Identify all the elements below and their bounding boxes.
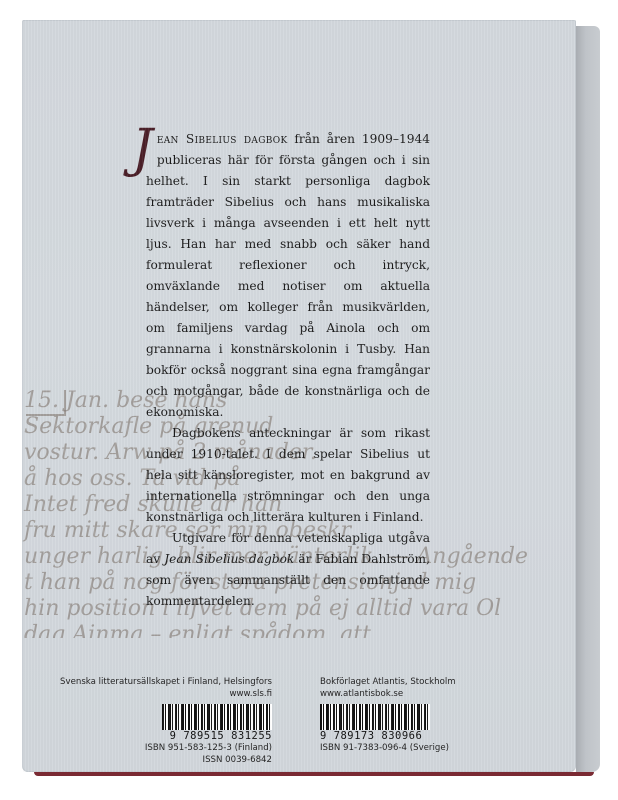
blurb-paragraph-1: Jean Sibelius dagbok från åren 1909–1944… <box>146 129 430 423</box>
drop-cap-initial: J <box>132 127 153 171</box>
isbn: ISBN 951-583-125-3 (Finland) <box>30 742 272 754</box>
issn: ISSN 0039-6842 <box>30 754 272 766</box>
publisher-name: Svenska litteratursällskapet i Finland, … <box>30 676 272 688</box>
paragraph-text: från åren 1909–1944 publiceras här för f… <box>146 132 430 419</box>
barcode-icon <box>162 704 272 730</box>
book-bottom-edge <box>34 772 594 776</box>
barcode-number: 9 789173 830966 <box>320 730 520 742</box>
barcode-icon <box>320 704 430 730</box>
publisher-finland: Svenska litteratursällskapet i Finland, … <box>30 676 272 766</box>
barcode <box>320 704 520 730</box>
publisher-url: www.atlantisbok.se <box>320 688 520 700</box>
blurb-paragraph-2: Dagbokens anteckningar är som rikast und… <box>146 423 430 528</box>
publisher-sweden: Bokförlaget Atlantis, Stockholm www.atla… <box>320 676 520 754</box>
publisher-url: www.sls.fi <box>30 688 272 700</box>
book-back-cover: 15. Jan. bese hans Sektorkafle på grenud… <box>22 20 600 778</box>
book-spine-edge <box>576 26 600 772</box>
cover-surface: 15. Jan. bese hans Sektorkafle på grenud… <box>22 20 576 772</box>
blurb-text: Jean Sibelius dagbok från åren 1909–1944… <box>146 129 430 612</box>
book-title-smallcaps: ean Sibelius dagbok <box>157 132 288 146</box>
manuscript-line: dag Ainma – enligt spådom, att <box>22 622 576 638</box>
publisher-name: Bokförlaget Atlantis, Stockholm <box>320 676 520 688</box>
barcode-number: 9 789515 831255 <box>30 730 272 742</box>
manuscript-date-box <box>26 390 66 416</box>
blurb-paragraph-3: Utgivare för denna vetenskapliga utgåva … <box>146 528 430 612</box>
book-title-italic: Jean Sibelius dagbok <box>164 552 294 566</box>
barcode <box>30 704 272 730</box>
isbn: ISBN 91-7383-096-4 (Sverige) <box>320 742 520 754</box>
